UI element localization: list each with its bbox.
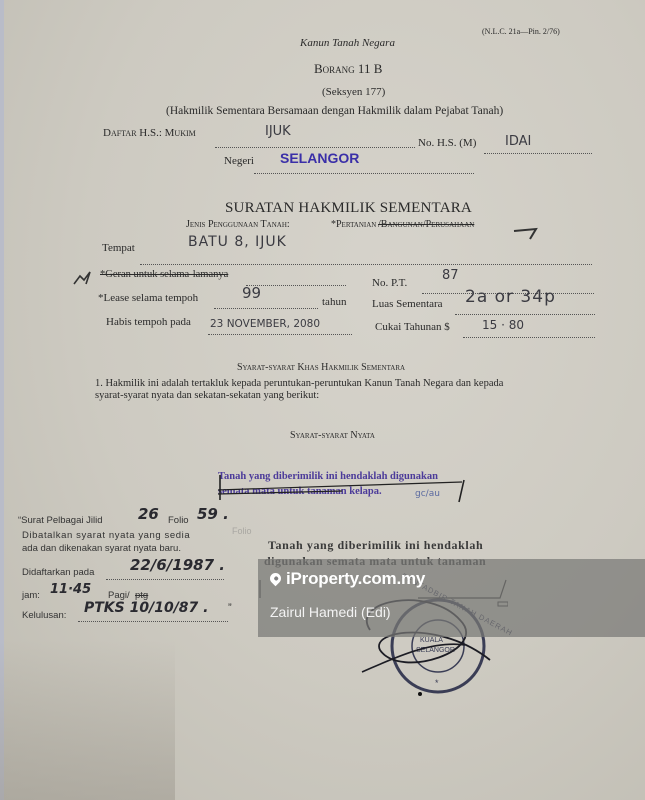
no-pt-label: No. P.T. [372, 277, 407, 289]
jenis-label: Jenis Penggunaan Tanah: [186, 219, 290, 230]
cukai-line [463, 336, 595, 338]
section-number: (Seksyen 177) [322, 86, 385, 98]
bracket-mark [512, 226, 540, 242]
negeri-value: SELANGOR [280, 150, 359, 166]
lease-unit: tahun [322, 296, 346, 308]
luas-label: Luas Sementara [372, 298, 443, 310]
clause-1-line-2: syarat-syarat nyata dan sekatan-sekatan … [95, 390, 319, 401]
cukai-label: Cukai Tahunan $ [375, 321, 450, 333]
stamp-inner-text-1: KUALA [420, 637, 443, 644]
no-hs-label: No. H.S. (M) [418, 137, 476, 149]
kelulusan-label: Kelulusan: [22, 610, 66, 621]
mukim-value: IJUK [265, 124, 291, 139]
lease-label: *Lease selama tempoh [98, 292, 198, 304]
jam-label: jam: [22, 590, 40, 601]
no-hs-line [484, 152, 592, 154]
didaftarkan-label: Didaftarkan pada [22, 567, 94, 578]
document-title: SURATAN HAKMILIK SEMENTARA [225, 200, 472, 217]
watermark-logo: iProperty.com.my [270, 569, 425, 589]
lease-value: 99 [242, 284, 261, 302]
stamp-star: * [435, 678, 439, 688]
form-subtitle: (Hakmilik Sementara Bersamaan dengan Hak… [166, 105, 503, 117]
tempat-line [140, 263, 592, 265]
shadow [0, 640, 175, 800]
watermark-banner: iProperty.com.my Zairul Hamedi (Edi) [258, 559, 645, 637]
syarat-nyata-heading: Syarat-syarat Nyata [290, 430, 375, 441]
jenis-struck-options: /Bangunan/Perusahaan [378, 219, 474, 230]
geran-struck: *Geran untuk selama-lamanya [100, 269, 228, 280]
new-condition-line-1: Tanah yang diberimilik ini hendaklah [268, 538, 483, 553]
jilid-value: 26 [138, 505, 159, 523]
mukim-line [215, 146, 415, 148]
margin-mark [70, 268, 96, 290]
form-reference: (N.L.C. 21a—Pin. 2/76) [482, 27, 560, 36]
location-pin-icon [268, 571, 284, 587]
didaftarkan-value: 22/6/1987 . [130, 556, 225, 574]
jenis-pertanian: *Pertanian [331, 219, 376, 230]
folio-value: 59 . [197, 505, 229, 523]
luas-line [455, 313, 595, 315]
watermark-agent-name: Zairul Hamedi (Edi) [270, 604, 391, 620]
negeri-line [254, 172, 474, 174]
habis-value: 23 NOVEMBER, 2080 [210, 318, 320, 330]
tempat-value: BATU 8, IJUK [188, 234, 287, 250]
didaftarkan-line [106, 578, 224, 580]
annotation-line-3: ada dan dikenakan syarat nyata baru. [22, 543, 181, 554]
tempat-label: Tempat [102, 242, 135, 254]
folio-label: Folio [168, 515, 189, 526]
habis-line [208, 333, 352, 335]
watermark-site: iProperty.com.my [286, 569, 425, 588]
kelulusan-value: PTKS 10/10/87 . [84, 600, 208, 616]
faded-folio: Folio [232, 526, 252, 536]
clause-1-line-1: 1. Hakmilik ini adalah tertakluk kepada … [95, 378, 503, 389]
struck-initials: gc/au [415, 489, 440, 499]
annotation-line-2: Dibatalkan syarat nyata yang sedia [22, 530, 190, 541]
daftar-label: Daftar H.S.: Mukim [103, 127, 196, 139]
negeri-label: Negeri [224, 155, 254, 167]
surat-pelbagai-label: “Surat Pelbagai Jilid [18, 515, 103, 526]
syarat-khas-heading: Syarat-syarat Khas Hakmilik Sementara [237, 362, 405, 373]
form-number: Borang 11 B [314, 61, 382, 77]
luas-value: 2a or 34p [465, 287, 556, 307]
kelulusan-line [78, 620, 228, 622]
no-hs-value: IDAI [505, 134, 531, 149]
close-quote: ” [228, 602, 232, 614]
habis-label: Habis tempoh pada [106, 316, 191, 328]
lease-line [214, 307, 318, 309]
cukai-value: 15 · 80 [482, 318, 524, 332]
jam-value: 11·45 [50, 582, 91, 597]
law-title: Kanun Tanah Negara [300, 37, 395, 49]
no-pt-value: 87 [442, 268, 459, 283]
